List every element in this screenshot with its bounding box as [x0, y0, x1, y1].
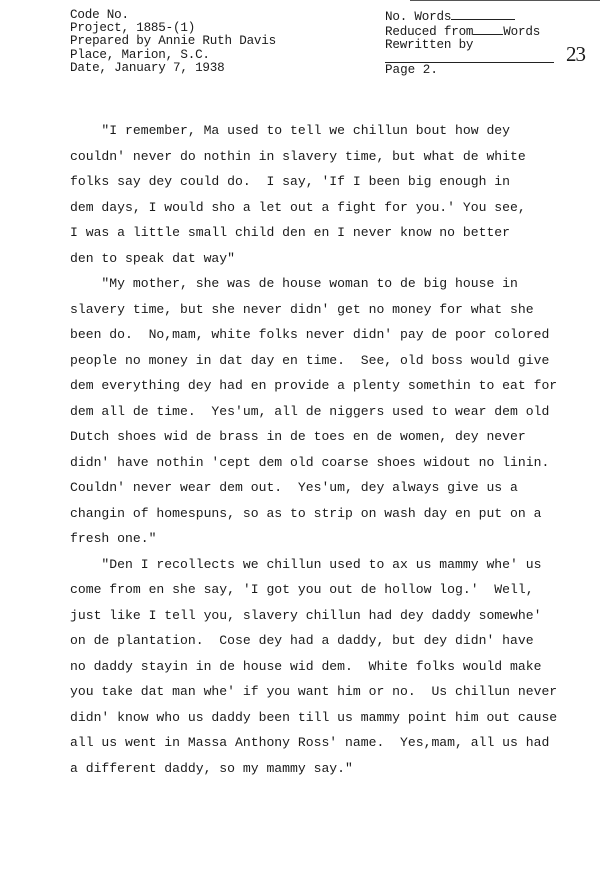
text-line: I was a little small child den en I neve…	[70, 220, 590, 246]
text-line: come from en she say, 'I got you out de …	[70, 577, 590, 603]
reduced-from-label: Reduced from	[385, 25, 473, 39]
text-line: people no money in dat day en time. See,…	[70, 348, 590, 374]
text-line: no daddy stayin in de house wid dem. Whi…	[70, 654, 590, 680]
page-label: Page 2.	[385, 64, 438, 77]
transcript-body: "I remember, Ma used to tell we chillun …	[70, 118, 590, 781]
place: Place, Marion, S.C.	[70, 49, 276, 62]
text-line: "I remember, Ma used to tell we chillun …	[70, 118, 590, 144]
prepared-by: Prepared by Annie Ruth Davis	[70, 35, 276, 48]
no-words-blank	[451, 9, 515, 20]
text-line: Couldn' never wear dem out. Yes'um, dey …	[70, 475, 590, 501]
text-line: didn' know who us daddy been till us mam…	[70, 705, 590, 731]
text-line: you take dat man whe' if you want him or…	[70, 679, 590, 705]
text-line: dem everything dey had en provide a plen…	[70, 373, 590, 399]
text-line: a different daddy, so my mammy say."	[70, 756, 590, 782]
rewritten-by-field: Rewritten by	[385, 39, 540, 52]
folio-number: 23	[566, 42, 585, 67]
text-line: just like I tell you, slavery chillun ha…	[70, 603, 590, 629]
header-metadata-left: Code No. Project, 1885-(1) Prepared by A…	[70, 9, 276, 75]
text-line: Dutch shoes wid de brass in de toes en d…	[70, 424, 590, 450]
text-line: fresh one."	[70, 526, 590, 552]
text-line: been do. No,mam, white folks never didn'…	[70, 322, 590, 348]
text-line: slavery time, but she never didn' get no…	[70, 297, 590, 323]
date: Date, January 7, 1938	[70, 62, 276, 75]
header-metadata-right: No. Words Reduced fromWords Rewritten by	[385, 9, 540, 53]
text-line: folks say dey could do. I say, 'If I bee…	[70, 169, 590, 195]
text-line: all us went in Massa Anthony Ross' name.…	[70, 730, 590, 756]
text-line: dem all de time. Yes'um, all de niggers …	[70, 399, 590, 425]
text-line: changin of homespuns, so as to strip on …	[70, 501, 590, 527]
no-words-field: No. Words	[385, 9, 540, 24]
text-line: "My mother, she was de house woman to de…	[70, 271, 590, 297]
no-words-label: No. Words	[385, 10, 451, 24]
text-line: den to speak dat way"	[70, 246, 590, 272]
reduced-from-field: Reduced fromWords	[385, 24, 540, 39]
text-line: couldn' never do nothin in slavery time,…	[70, 144, 590, 170]
scan-edge-line	[410, 0, 600, 1]
text-line: didn' have nothin 'cept dem old coarse s…	[70, 450, 590, 476]
words-label: Words	[503, 25, 540, 39]
text-line: dem days, I would sho a let out a fight …	[70, 195, 590, 221]
text-line: on de plantation. Cose dey had a daddy, …	[70, 628, 590, 654]
reduced-from-blank	[473, 24, 503, 35]
text-line: "Den I recollects we chillun used to ax …	[70, 552, 590, 578]
